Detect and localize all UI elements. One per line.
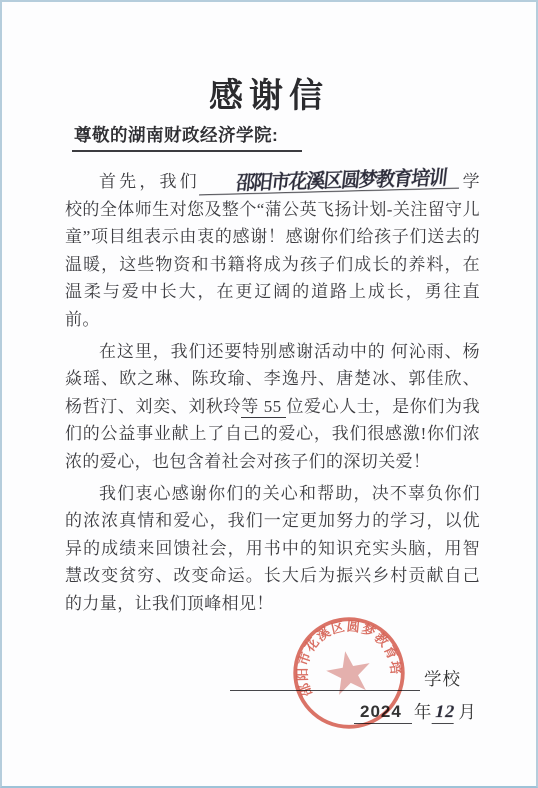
letter-title: 感谢信 (2, 68, 536, 117)
paragraph-2: 在这里，我们还要特别感谢活动中的 何沁雨、杨焱瑶、欧之琳、陈玫瑜、李逸丹、唐楚冰… (65, 338, 480, 476)
signature-row: 学校 (230, 666, 461, 691)
paragraph-1-rest: 学校的全体师生对您及整个“蒲公英飞扬计划-关注留守儿童”项目组表示由衷的感谢！感… (65, 172, 480, 329)
date-year: 2024 (354, 702, 412, 724)
paragraph-3: 我们衷心感谢你们的关心和帮助，决不辜负你们的浓浓真情和爱心，我们一定更加努力的学… (65, 480, 480, 618)
handwritten-month: 12 (432, 701, 459, 724)
handwritten-school-name: 邵阳市花溪区圆梦教育培训 (199, 171, 461, 196)
letter-body: 首先，我们邵阳市花溪区圆梦教育培训学校的全体师生对您及整个“蒲公英飞扬计划-关注… (65, 168, 480, 622)
signature-blank-line (230, 668, 420, 691)
thank-you-letter-page: 感谢信 尊敬的湖南财政经济学院: 首先，我们邵阳市花溪区圆梦教育培训学校的全体师… (0, 0, 538, 788)
salutation: 尊敬的湖南财政经济学院: (72, 122, 302, 152)
paragraph-1-lead: 首先，我们 (99, 172, 200, 191)
date-month-unit: 月 (458, 699, 477, 724)
underlined-count: 等 55 (241, 397, 286, 418)
school-suffix-label: 学校 (424, 666, 461, 691)
date-year-unit: 年 (414, 699, 433, 724)
paragraph-1: 首先，我们邵阳市花溪区圆梦教育培训学校的全体师生对您及整个“蒲公英飞扬计划-关注… (65, 168, 480, 334)
date-row: 2024 年 12 月 (354, 699, 479, 724)
